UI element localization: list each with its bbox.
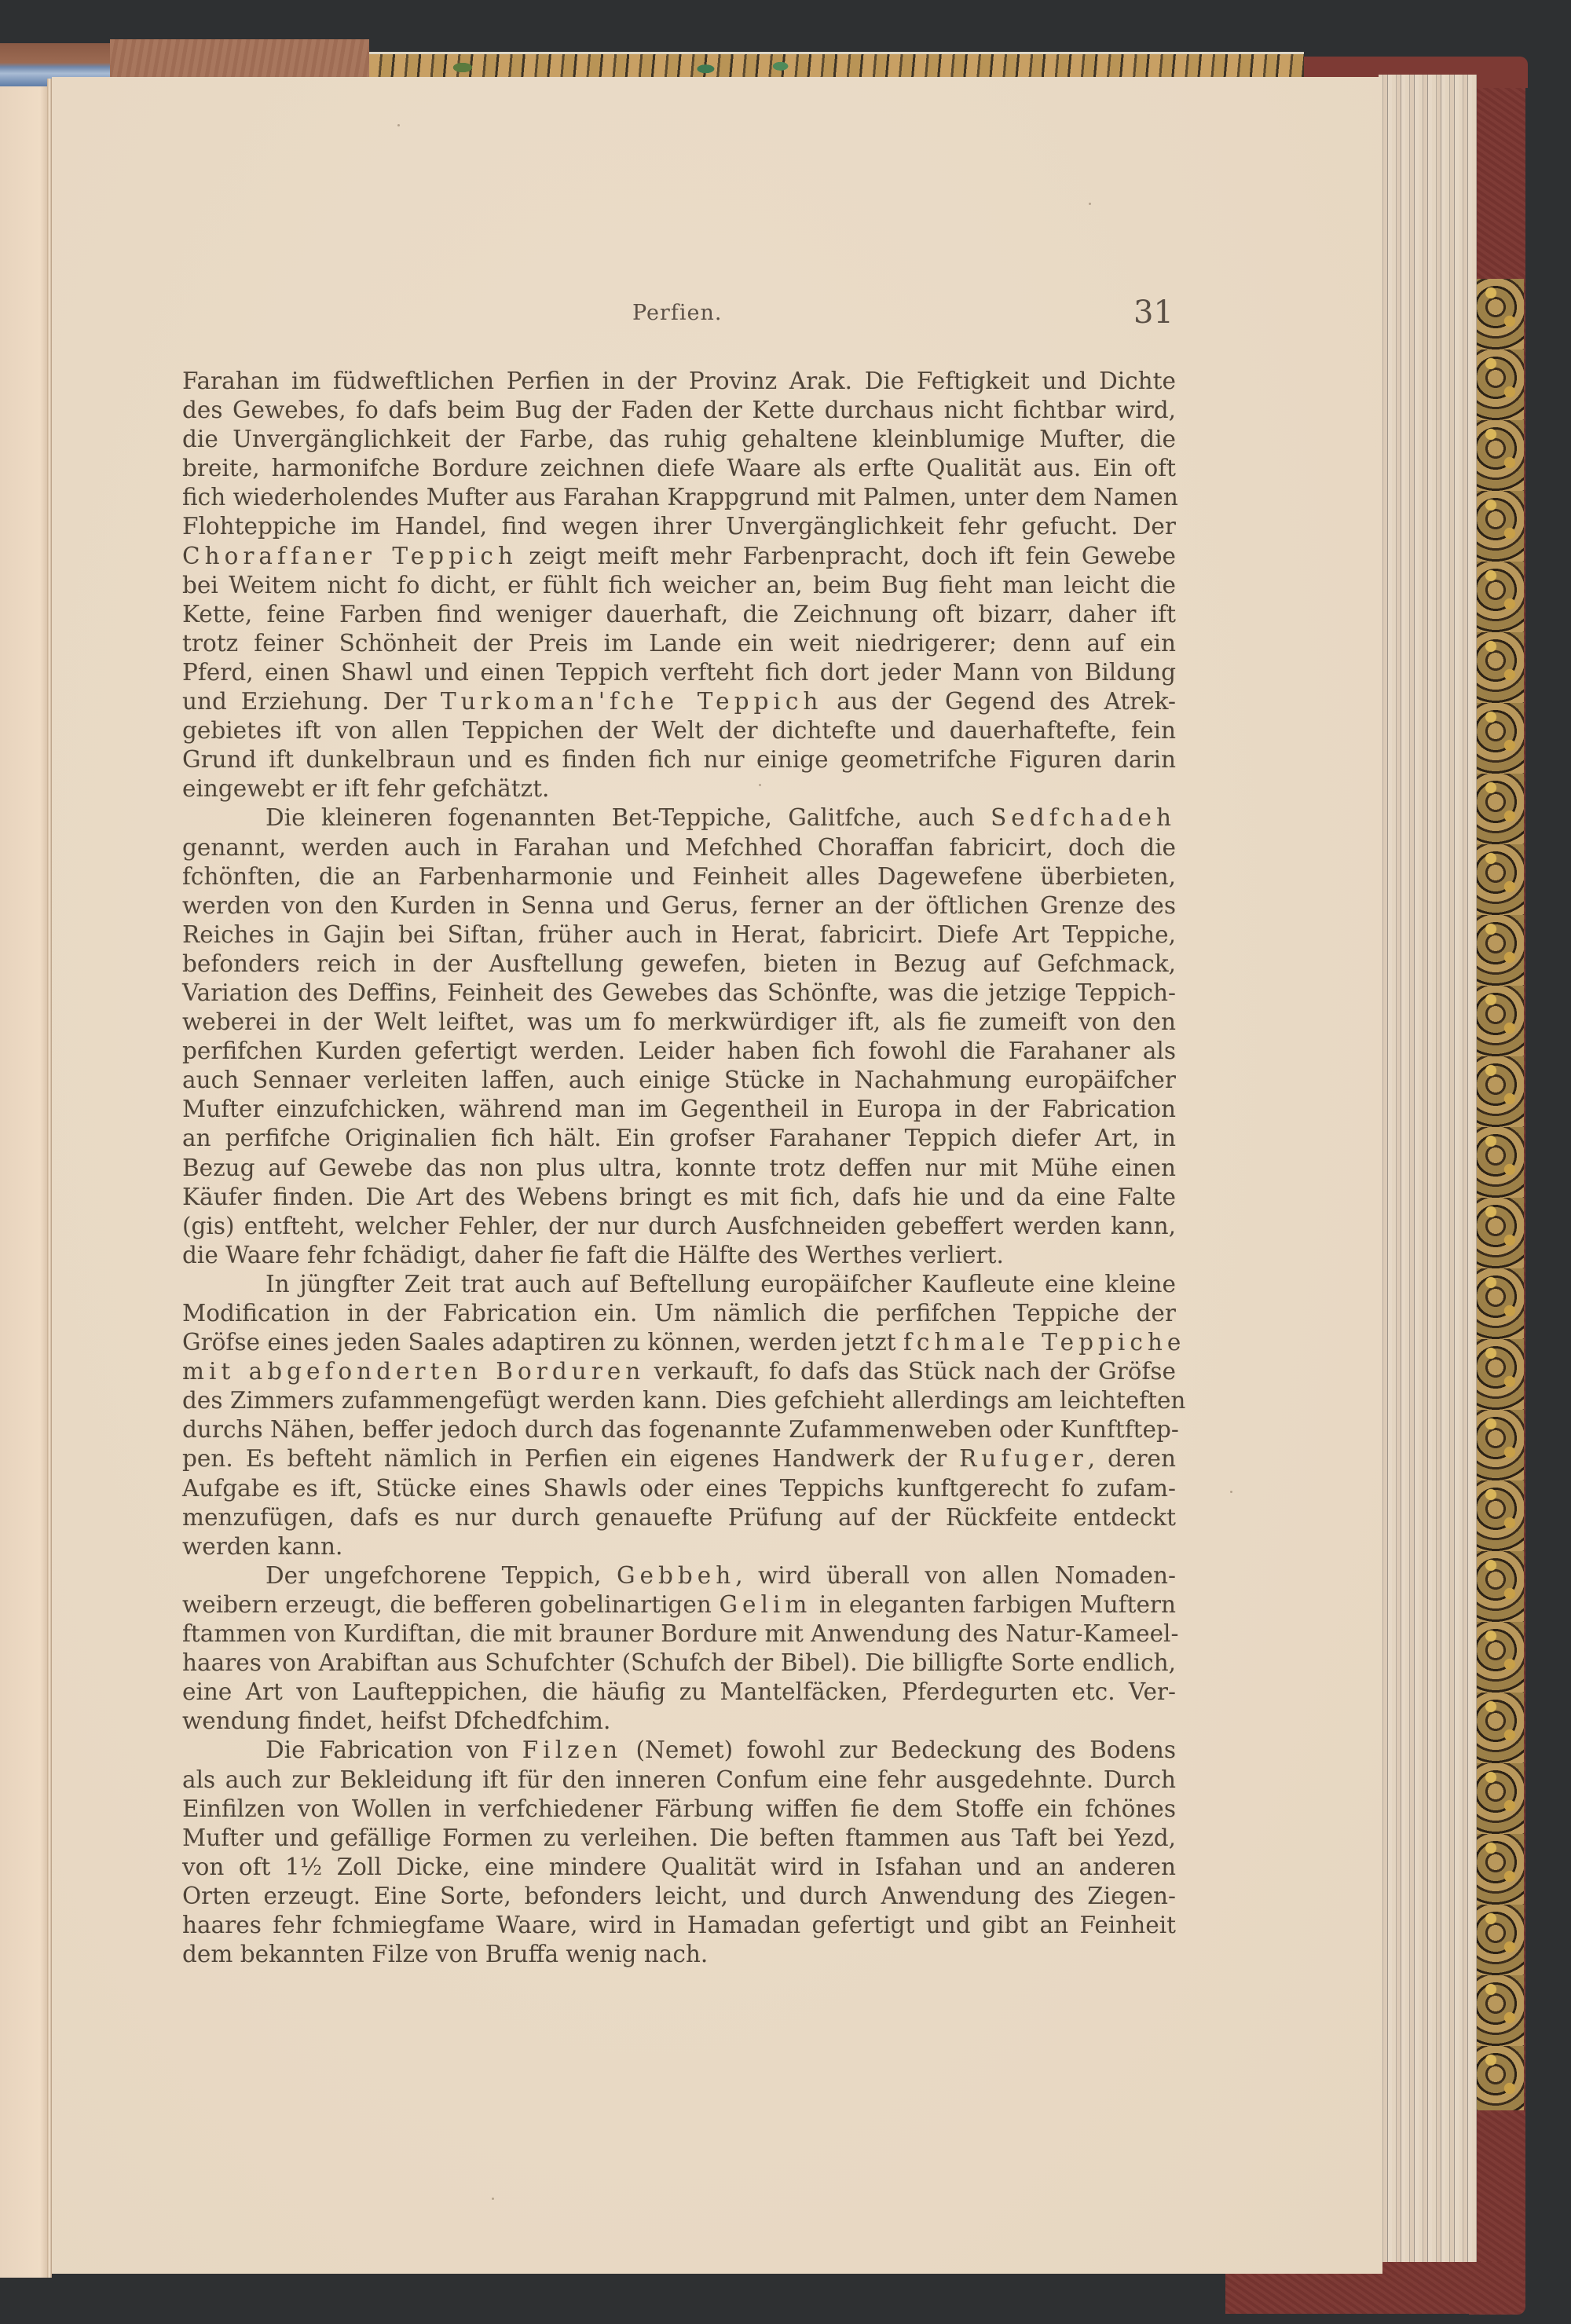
text-line: von oft 1½ Zoll Dicke, eine mindere Qual…	[182, 1853, 1176, 1882]
running-head-title: Perfien.	[632, 301, 722, 325]
text-line: Käufer finden. Die Art des Webens bringt…	[182, 1183, 1176, 1212]
text-line: Mufter und gefällige Formen zu verleihen…	[182, 1824, 1176, 1853]
text-line: Grund ift dunkelbraun und es finden fich…	[182, 745, 1176, 774]
paper-speck	[1230, 1491, 1232, 1493]
text-line: Orten erzeugt. Eine Sorte, befonders lei…	[182, 1882, 1176, 1911]
text-line: werden von den Kurden in Senna und Gerus…	[182, 891, 1176, 920]
text-line: Reiches in Gajin bei Siftan, früher auch…	[182, 920, 1176, 950]
text-line: dem bekannten Filze von Bruffa wenig nac…	[182, 1940, 1176, 1969]
text-line: Flohteppiche im Handel, find wegen ihrer…	[182, 512, 1176, 541]
text-line: menzufügen, dafs es nur durch genauefte …	[182, 1503, 1176, 1532]
text-line: In jüngfter Zeit trat auch auf Beftellun…	[182, 1270, 1176, 1299]
text-line: auch Sennaer verleiten laffen, auch eini…	[182, 1066, 1176, 1095]
page-edge-stack	[1379, 75, 1477, 2262]
text-line: die Waare fehr fchädigt, daher fie faft …	[182, 1241, 1176, 1270]
text-segment: Die kleineren fogenannten Bet-Teppiche, …	[265, 804, 991, 831]
text-line: perfifchen Kurden gefertigt werden. Leid…	[182, 1037, 1176, 1066]
text-line: Die kleineren fogenannten Bet-Teppiche, …	[182, 803, 1176, 833]
text-line: durchs Nähen, beffer jedoch durch das fo…	[182, 1415, 1176, 1444]
body-text: Farahan im füdweftlichen Perfien in der …	[182, 367, 1176, 1969]
text-line: Bezug auf Gewebe das non plus ultra, kon…	[182, 1154, 1176, 1183]
text-segment: aus der Gegend des Atrek-	[822, 688, 1176, 715]
text-line: trotz feiner Schönheit der Preis im Land…	[182, 629, 1176, 658]
text-line: Die Fabrication von Filzen (Nemet) fowoh…	[182, 1736, 1176, 1765]
text-line: an perfifche Originalien fich hält. Ein …	[182, 1124, 1176, 1153]
paper-speck	[397, 124, 400, 126]
text-segment: verkauft, fo dafs das Stück nach der Grö…	[645, 1358, 1176, 1385]
text-line: mit abgefonderten Borduren verkauft, fo …	[182, 1357, 1176, 1386]
paper-speck	[1089, 203, 1091, 205]
text-line: haares von Arabiftan aus Schufchter (Sch…	[182, 1649, 1176, 1678]
paper-speck	[492, 2198, 494, 2200]
text-line: genannt, werden auch in Farahan und Mefc…	[182, 833, 1176, 862]
text-segment: , deren	[1088, 1445, 1176, 1472]
text-line: wendung findet, heifst Dfchedfchim.	[182, 1707, 1176, 1736]
text-line: und Erziehung. Der Turkoman'fche Teppich…	[182, 687, 1176, 716]
text-line: eine Art von Laufteppichen, die häufig z…	[182, 1678, 1176, 1707]
text-line: breite, harmonifche Bordure zeichnen die…	[182, 454, 1176, 483]
text-line: Kette, feine Farben find weniger dauerha…	[182, 600, 1176, 629]
text-line: eingewebt er ift fehr gefchätzt.	[182, 774, 1176, 803]
spine-leather	[110, 39, 369, 82]
text-segment: Der ungefchorene Teppich,	[265, 1562, 617, 1589]
text-segment: in eleganten farbigen Muftern	[811, 1591, 1176, 1618]
emphasized-term: Sedfchadeh	[991, 804, 1176, 831]
text-segment: (Nemet) fowohl zur Bedeckung des Bodens	[622, 1737, 1176, 1763]
emphasized-term: Gebbeh	[617, 1562, 735, 1589]
text-segment: pen. Es befteht nämlich in Perfien ein e…	[182, 1445, 959, 1472]
text-line: pen. Es befteht nämlich in Perfien ein e…	[182, 1444, 1176, 1473]
text-line: die Unvergänglichkeit der Farbe, das ruh…	[182, 425, 1176, 454]
text-line: Der ungefchorene Teppich, Gebbeh, wird ü…	[182, 1561, 1176, 1590]
emphasized-term: Gelim	[719, 1591, 811, 1618]
text-segment: zeigt meift mehr Farbenpracht, doch ift …	[518, 543, 1176, 569]
text-line: Aufgabe es ift, Stücke eines Shawls oder…	[182, 1474, 1176, 1503]
text-line: fchönften, die an Farbenharmonie und Fei…	[182, 862, 1176, 891]
text-line: Mufter einzufchicken, während man im Geg…	[182, 1095, 1176, 1124]
emphasized-term: Turkoman'fche Teppich	[441, 688, 822, 715]
emphasized-term: Filzen	[522, 1737, 622, 1763]
text-line: weibern erzeugt, die befferen gobelinart…	[182, 1590, 1176, 1619]
text-line: gebietes ift von allen Teppichen der Wel…	[182, 716, 1176, 745]
text-line: Einfilzen von Wollen in verfchiedener Fä…	[182, 1795, 1176, 1824]
text-line: (gis) entfteht, welcher Fehler, der nur …	[182, 1212, 1176, 1241]
text-segment: Die Fabrication von	[265, 1737, 522, 1763]
text-line: Choraffaner Teppich zeigt meift mehr Far…	[182, 542, 1176, 571]
text-line: Variation des Deffins, Feinheit des Gewe…	[182, 979, 1176, 1008]
emphasized-term: Rufuger	[959, 1445, 1088, 1472]
text-line: haares fehr fchmiegfame Waare, wird in H…	[182, 1911, 1176, 1940]
text-line: werden kann.	[182, 1532, 1176, 1561]
text-line: ftammen von Kurdiftan, die mit brauner B…	[182, 1619, 1176, 1649]
text-segment: , wird überall von allen Nomaden-	[735, 1562, 1176, 1589]
text-line: Pferd, einen Shawl und einen Teppich ver…	[182, 658, 1176, 687]
emphasized-term: fchmale Teppiche	[903, 1329, 1185, 1356]
page-number: 31	[1133, 295, 1174, 331]
text-line: Farahan im füdweftlichen Perfien in der …	[182, 367, 1176, 396]
text-segment: Gröfse eines jeden Saales adaptiren zu k…	[182, 1329, 903, 1356]
text-line: befonders reich in der Ausftellung gewef…	[182, 950, 1176, 979]
text-line: Gröfse eines jeden Saales adaptiren zu k…	[182, 1328, 1176, 1357]
text-segment: weibern erzeugt, die befferen gobelinart…	[182, 1591, 719, 1618]
emphasized-term: mit abgefonderten Borduren	[182, 1358, 645, 1385]
marbled-paper-cover	[1477, 279, 1524, 2110]
text-line: bei Weitem nicht fo dicht, er fühlt fich…	[182, 571, 1176, 600]
text-line: Modification in der Fabrication ein. Um …	[182, 1299, 1176, 1328]
text-line: des Zimmers zufammengefügt werden kann. …	[182, 1386, 1176, 1415]
emphasized-term: Choraffaner Teppich	[182, 543, 518, 569]
text-line: des Gewebes, fo dafs beim Bug der Faden …	[182, 396, 1176, 425]
text-segment: und Erziehung. Der	[182, 688, 441, 715]
text-line: weberei in der Welt leiftet, was um fo m…	[182, 1008, 1176, 1037]
running-header: Perfien. 31	[0, 295, 1571, 334]
text-line: fich wiederholendes Mufter aus Farahan K…	[182, 483, 1176, 512]
facing-page-edge	[0, 86, 50, 2278]
text-line: als auch zur Bekleidung ift für den inne…	[182, 1766, 1176, 1795]
